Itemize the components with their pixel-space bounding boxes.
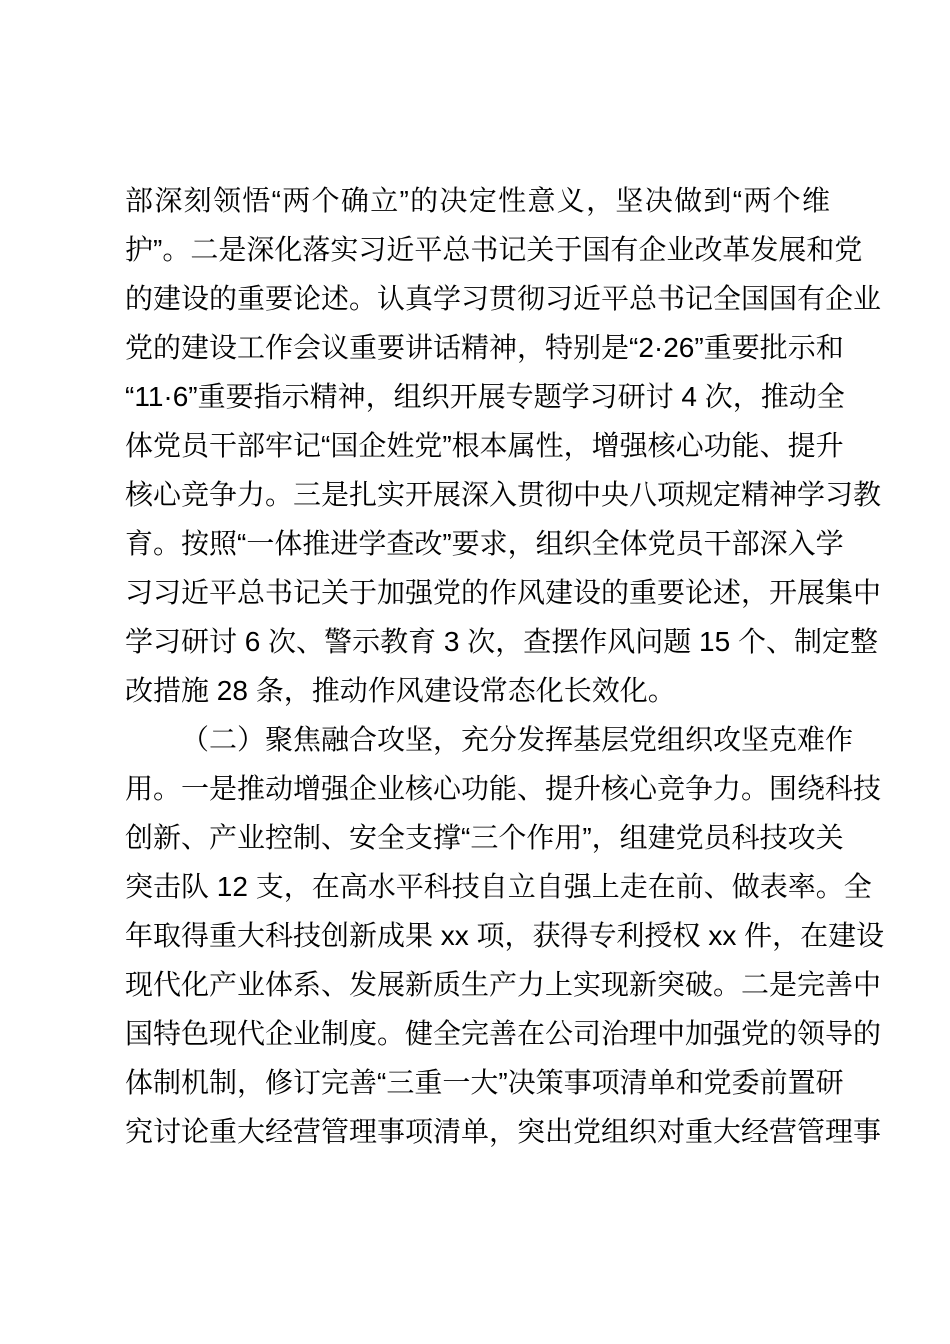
text-line: 现代化产业体系、发展新质生产力上实现新突破。二是完善中 — [125, 960, 830, 1009]
text-line: 习习近平总书记关于加强党的作风建设的重要论述，开展集中 — [125, 568, 830, 617]
text-line: 党的建设工作会议重要讲话精神，特别是“2·26”重要批示和 — [125, 323, 830, 372]
text-line: 究讨论重大经营管理事项清单，突出党组织对重大经营管理事 — [125, 1107, 830, 1156]
text-line: “11·6”重要指示精神，组织开展专题学习研讨 4 次，推动全 — [125, 372, 830, 421]
text-line: 学习研讨 6 次、警示教育 3 次，查摆作风问题 15 个、制定整 — [125, 617, 830, 666]
text-line-paragraph-end: 改措施 28 条，推动作风建设常态化长效化。 — [125, 666, 830, 715]
text-line: 创新、产业控制、安全支撑“三个作用”，组建党员科技攻关 — [125, 813, 830, 862]
text-line: 护”。二是深化落实习近平总书记关于国有企业改革发展和党 — [125, 225, 830, 274]
text-line: 用。一是推动增强企业核心功能、提升核心竞争力。围绕科技 — [125, 764, 830, 813]
text-line: 国特色现代企业制度。健全完善在公司治理中加强党的领导的 — [125, 1009, 830, 1058]
text-line: 核心竞争力。三是扎实开展深入贯彻中央八项规定精神学习教 — [125, 470, 830, 519]
text-line-paragraph-start: （二）聚焦融合攻坚，充分发挥基层党组织攻坚克难作 — [125, 715, 830, 764]
text-line: 部深刻领悟“两个确立”的决定性意义，坚决做到“两个维 — [125, 176, 830, 225]
document-page: 部深刻领悟“两个确立”的决定性意义，坚决做到“两个维 护”。二是深化落实习近平总… — [0, 0, 950, 1344]
text-line: 的建设的重要论述。认真学习贯彻习近平总书记全国国有企业 — [125, 274, 830, 323]
text-line: 育。按照“一体推进学查改”要求，组织全体党员干部深入学 — [125, 519, 830, 568]
text-line: 体党员干部牢记“国企姓党”根本属性，增强核心功能、提升 — [125, 421, 830, 470]
text-line: 体制机制，修订完善“三重一大”决策事项清单和党委前置研 — [125, 1058, 830, 1107]
text-line: 年取得重大科技创新成果 xx 项，获得专利授权 xx 件，在建设 — [125, 911, 830, 960]
text-line: 突击队 12 支，在高水平科技自立自强上走在前、做表率。全 — [125, 862, 830, 911]
